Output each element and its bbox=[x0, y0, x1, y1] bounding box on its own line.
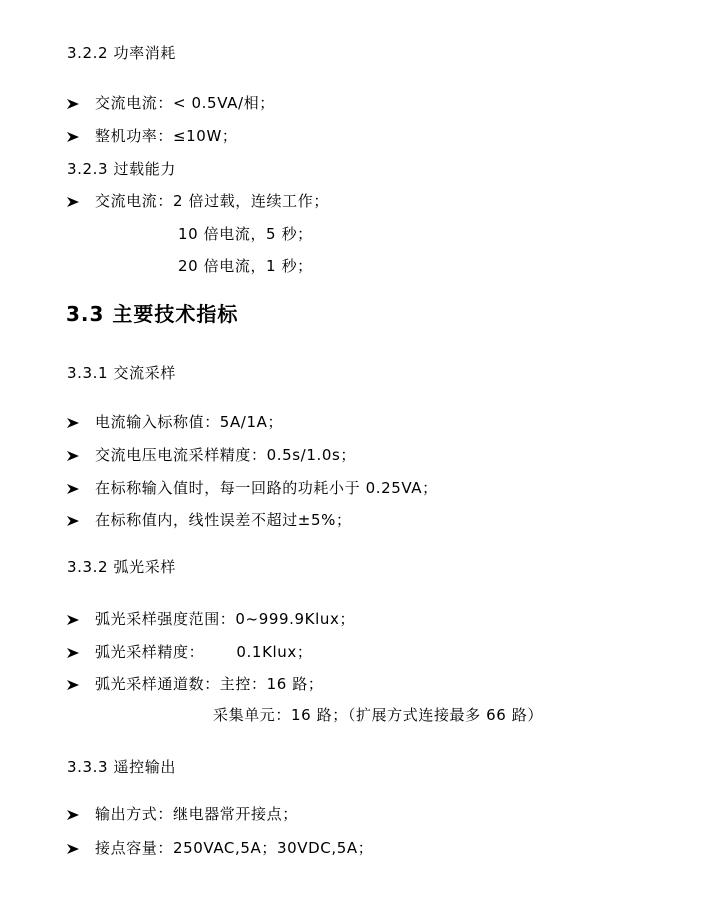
section-heading-3-3-3: 3.3.3 遥控输出 bbox=[67, 758, 176, 777]
bullet-text: 弧光采样通道数：主控：16 路； bbox=[95, 675, 323, 694]
bullet-arrow-icon bbox=[66, 514, 95, 528]
section-heading-3-2-2: 3.2.2 功率消耗 bbox=[67, 44, 176, 63]
bullet-continuation: 20 倍电流，1 秒； bbox=[178, 257, 313, 276]
bullet-arrow-icon bbox=[66, 195, 95, 209]
bullet-arrow-icon bbox=[66, 808, 95, 822]
bullet-continuation: 采集单元：16 路；（扩展方式连接最多 66 路） bbox=[213, 706, 543, 725]
bullet-arrow-icon bbox=[66, 678, 95, 692]
bullet-arrow-icon bbox=[66, 482, 95, 496]
section-heading-3-3-1: 3.3.1 交流采样 bbox=[67, 364, 176, 383]
bullet-text: 交流电流：2 倍过载，连续工作； bbox=[95, 192, 329, 211]
bullet-arrow-icon bbox=[66, 449, 95, 463]
bullet-item: 在标称输入值时，每一回路的功耗小于 0.25VA； bbox=[66, 479, 438, 498]
bullet-arrow-icon bbox=[66, 416, 95, 430]
document-page: 3.2.2 功率消耗 交流电流：< 0.5VA/相； 整机功率：≤10W； 3.… bbox=[0, 0, 720, 900]
bullet-arrow-icon bbox=[66, 613, 95, 627]
bullet-item: 在标称值内，线性误差不超过±5%； bbox=[66, 511, 352, 530]
bullet-text: 电流输入标称值：5A/1A； bbox=[95, 413, 283, 432]
bullet-item: 接点容量：250VAC,5A；30VDC,5A； bbox=[66, 839, 373, 858]
bullet-item: 交流电流：2 倍过载，连续工作； bbox=[66, 192, 329, 211]
chapter-heading-3-3: 3.3 主要技术指标 bbox=[66, 302, 238, 326]
bullet-arrow-icon bbox=[66, 646, 95, 660]
bullet-text: 交流电流：< 0.5VA/相； bbox=[95, 94, 275, 113]
bullet-item: 弧光采样精度： 0.1Klux； bbox=[66, 643, 312, 662]
bullet-text: 交流电压电流采样精度：0.5s/1.0s； bbox=[95, 446, 356, 465]
bullet-item: 整机功率：≤10W； bbox=[66, 127, 238, 146]
bullet-item: 交流电压电流采样精度：0.5s/1.0s； bbox=[66, 446, 356, 465]
bullet-continuation: 10 倍电流，5 秒； bbox=[178, 225, 313, 244]
bullet-text: 整机功率：≤10W； bbox=[95, 127, 238, 146]
bullet-text: 在标称输入值时，每一回路的功耗小于 0.25VA； bbox=[95, 479, 438, 498]
bullet-text: 输出方式：继电器常开接点； bbox=[95, 805, 298, 824]
bullet-item: 弧光采样强度范围：0~999.9Klux； bbox=[66, 610, 355, 629]
bullet-item: 电流输入标称值：5A/1A； bbox=[66, 413, 283, 432]
bullet-arrow-icon bbox=[66, 842, 95, 856]
bullet-arrow-icon bbox=[66, 97, 95, 111]
bullet-text: 弧光采样精度： 0.1Klux； bbox=[95, 643, 312, 662]
bullet-text: 接点容量：250VAC,5A；30VDC,5A； bbox=[95, 839, 373, 858]
bullet-text: 弧光采样强度范围：0~999.9Klux； bbox=[95, 610, 355, 629]
bullet-item: 弧光采样通道数：主控：16 路； bbox=[66, 675, 323, 694]
section-heading-3-2-3: 3.2.3 过载能力 bbox=[67, 160, 176, 179]
section-heading-3-3-2: 3.3.2 弧光采样 bbox=[67, 558, 176, 577]
bullet-item: 输出方式：继电器常开接点； bbox=[66, 805, 298, 824]
bullet-text: 在标称值内，线性误差不超过±5%； bbox=[95, 511, 352, 530]
bullet-item: 交流电流：< 0.5VA/相； bbox=[66, 94, 275, 113]
bullet-arrow-icon bbox=[66, 130, 95, 144]
